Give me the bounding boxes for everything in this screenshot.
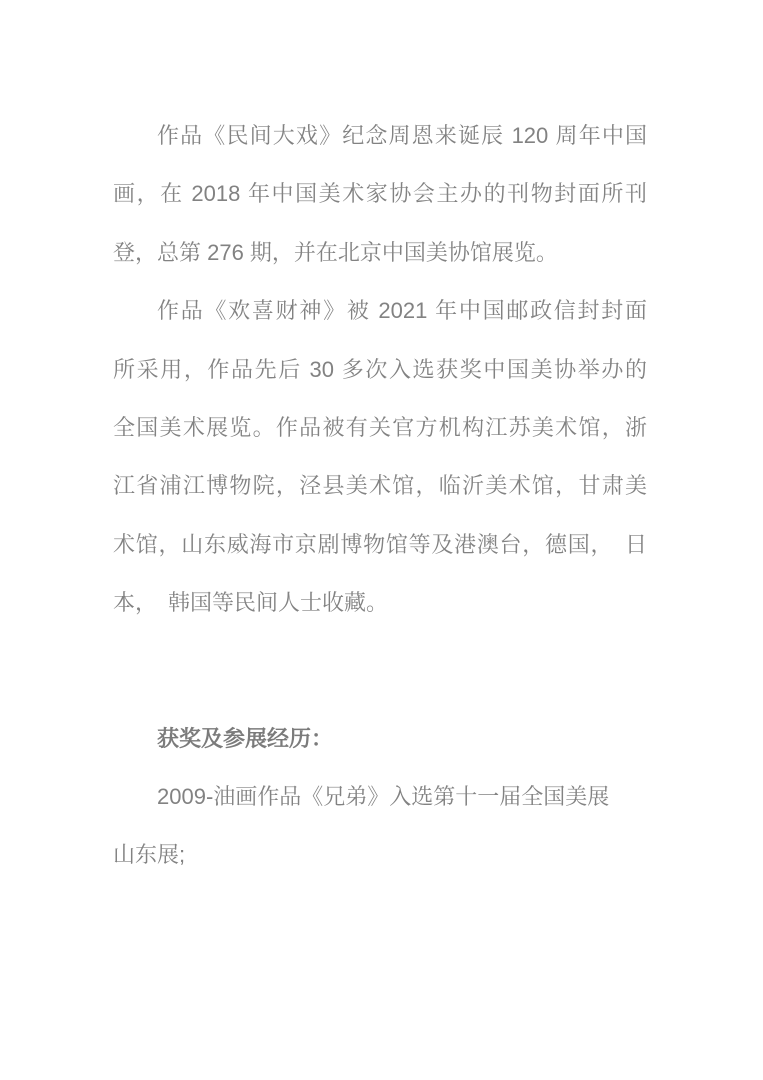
text-line: 画，在 2018 年中国美术家协会主办的刊物封面所刊 <box>113 165 647 223</box>
text-line: 登，总第 276 期，并在北京中国美协馆展览。 <box>113 224 647 282</box>
document-page: 作品《民间大戏》纪念周恩来诞辰 120 周年中国画，在 2018 年中国美术家协… <box>0 0 763 1080</box>
document-body: 作品《民间大戏》纪念周恩来诞辰 120 周年中国画，在 2018 年中国美术家协… <box>113 107 647 885</box>
text-line: 2009-油画作品《兄弟》入选第十一届全国美展 <box>113 768 647 826</box>
text-line: 作品《民间大戏》纪念周恩来诞辰 120 周年中国 <box>113 107 647 165</box>
text-line: 江省浦江博物院，泾县美术馆，临沂美术馆，甘肃美 <box>113 457 647 515</box>
text-line: 山东展; <box>113 826 647 884</box>
text-line: 所采用，作品先后 30 多次入选获奖中国美协举办的 <box>113 341 647 399</box>
section-heading: 获奖及参展经历： <box>113 710 647 768</box>
text-line: 全国美术展览。作品被有关官方机构江苏美术馆，浙 <box>113 399 647 457</box>
blank-line <box>113 633 647 710</box>
text-line: 本， 韩国等民间人士收藏。 <box>113 574 647 632</box>
text-line: 术馆，山东威海市京剧博物馆等及港澳台，德国， 日 <box>113 516 647 574</box>
text-line: 作品《欢喜财神》被 2021 年中国邮政信封封面 <box>113 282 647 340</box>
